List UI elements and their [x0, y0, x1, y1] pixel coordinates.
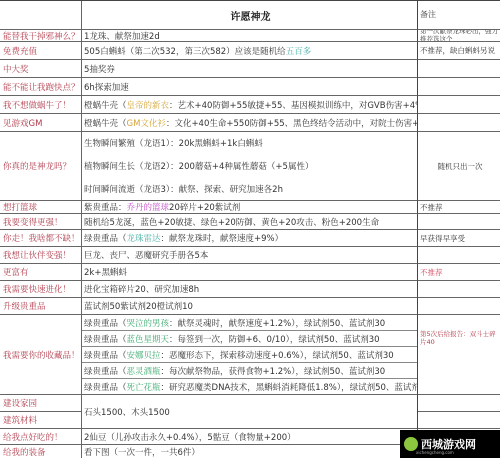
- result-cell: 巨龙、丧尸、恶魔研究手册各5本: [82, 247, 418, 264]
- header-empty-cell: [0, 1, 82, 30]
- result-cell: 橙蜗牛壳（皇帝的新衣：艺术+40防御+55敏捷+55、基因模拟训练中，对GVB伤…: [82, 96, 418, 114]
- table-row: 你走！我啥都不缺！ 绿贵重品（龙珠雷达：献祭龙珠时，献祭速度+9%） 早获得早享…: [0, 230, 500, 247]
- result-text: ：恶魔形态下，探索移动速度+0.6%），绿试剂50、蓝试剂30: [161, 349, 394, 361]
- result-highlight: GM文化衫: [127, 117, 166, 129]
- result-line: 绿贵重品（安娜贝拉：恶魔形态下，探索移动速度+0.6%），绿试剂50、蓝试剂30: [82, 347, 417, 363]
- table-row: 免费充值 505白蝌蚪（第二次532，第三次582）应该是随机给五百多 不推荐，…: [0, 42, 500, 60]
- result-cell: 紫贵重品：乔丹的篮球20碎片+20紫试剂: [82, 201, 418, 214]
- note-cell: [418, 214, 500, 230]
- wish-cell: 中大奖: [0, 60, 82, 78]
- result-text: 橙蜗牛壳（: [84, 99, 127, 111]
- result-cell: 随机给5龙涎，蓝色+20敏捷、绿色+20防御、黄色+20攻击、粉色+200生命: [82, 214, 418, 230]
- wish-cell: 我想让伙伴变强！: [0, 247, 82, 264]
- wish-cell: 我不想做蜗牛了！: [0, 96, 82, 114]
- result-cell: 2仙豆（儿孙攻击永久+0.4%），5骷豆（食物量+200）: [82, 429, 418, 445]
- result-cell: 5抽奖券: [82, 60, 418, 78]
- note-cell: [418, 281, 500, 298]
- result-cell: 505白蝌蚪（第二次532，第三次582）应该是随机给五百多: [82, 42, 418, 60]
- note-cell: [418, 412, 500, 428]
- note-cell: 不推荐: [418, 264, 500, 281]
- result-line: 绿贵重品（蓝色星期天：每签到一次，防御+6、0/10），绿试剂50、蓝试剂30: [82, 331, 417, 347]
- wish-cell: 免费充值: [0, 42, 82, 60]
- result-text: ：每签到一次，防御+6、0/10），绿试剂50、蓝试剂30: [169, 333, 380, 345]
- result-text: 绿贵重品（: [84, 232, 127, 244]
- result-highlight: 哭泣的男孩: [127, 317, 170, 329]
- table-row: 我需要快速进化！ 进化宝箱碎片20、研究加速8h: [0, 281, 500, 298]
- result-highlight: 乔丹的篮球: [127, 201, 170, 213]
- table-title: 许愿神龙: [82, 1, 418, 30]
- result-text: ：艺术+40防御+55敏捷+55、基因模拟训练中，对GVB伤害+4%）: [169, 99, 418, 111]
- note-cell: 第5次后给报告：双斗士碎片40: [418, 315, 500, 395]
- table-row: 我不想做蜗牛了！ 橙蜗牛壳（皇帝的新衣：艺术+40防御+55敏捷+55、基因模拟…: [0, 96, 500, 114]
- table-row: 中大奖 5抽奖券: [0, 60, 500, 78]
- result-cell: 绿贵重品（哭泣的男孩：献祭灵魂时，献祭速度+1.2%），绿试剂50、蓝试剂30 …: [82, 315, 418, 395]
- note-cell: [418, 60, 500, 78]
- wish-cell: 建设家园: [0, 395, 81, 412]
- table-row: 见游戏GM 橙蜗牛壳（GM文化衫：文化+40生命+550防御+55、黑色终结令活…: [0, 114, 500, 132]
- result-text: 绿贵重品（: [84, 381, 127, 393]
- wish-cell: 我需要你的收藏品！: [0, 315, 82, 395]
- note-cell: [418, 78, 500, 96]
- result-text: ：文化+40生命+550防御+55、黑色终结令活动中，对院士伤害+4%）: [166, 117, 418, 129]
- watermark-subtext: xichengcheng.com: [416, 450, 454, 455]
- result-cell: 生物瞬间繁殖（龙语1）：20k黑蝌蚪+1k白蝌蚪 植物瞬间生长（龙语2）：200…: [82, 132, 418, 201]
- result-cell: 绿贵重品（龙珠雷达：献祭龙珠时，献祭速度+9%）: [82, 230, 418, 247]
- result-line: 绿贵重品（恶灵酒瓶：每次献祭物品，获得食物+1.2%），绿试剂50、蓝试剂30: [82, 363, 417, 379]
- note-cell: [418, 247, 500, 264]
- site-watermark: 西城游戏网 xichengcheng.com: [400, 430, 500, 458]
- note-cell: 不推荐: [418, 201, 500, 214]
- result-highlight: 安娜贝拉: [127, 349, 161, 361]
- result-highlight: 恶灵酒瓶: [127, 365, 161, 377]
- result-cell: 蓝试剂50紫试剂20橙试剂10: [82, 298, 418, 315]
- result-cell: 看下图（一次一件，一共6件）: [82, 445, 418, 458]
- wish-cell: 更富有: [0, 264, 82, 281]
- result-text: 505白蝌蚪（第二次532，第三次582）应该是随机给: [84, 45, 286, 57]
- note-cell-group: [418, 395, 500, 429]
- table-row: 我想让伙伴变强！ 巨龙、丧尸、恶魔研究手册各5本: [0, 247, 500, 264]
- result-line: 生物瞬间繁殖（龙语1）：20k黑蝌蚪+1k白蝌蚪: [84, 137, 263, 149]
- result-cell: 石头1500、木头1500: [82, 395, 418, 429]
- table-row-group: 建设家园 建筑材料 石头1500、木头1500: [0, 395, 500, 429]
- result-highlight: 龙珠雷达: [127, 232, 161, 244]
- result-text: ：献祭灵魂时，献祭速度+1.2%），绿试剂50、蓝试剂30: [169, 317, 385, 329]
- note-text: 第5次后给报告：双斗士碎片40: [418, 331, 500, 353]
- result-text: 绿贵重品（: [84, 365, 127, 377]
- result-text: 橙蜗牛壳（: [84, 117, 127, 129]
- result-highlight: 蓝色星期天: [127, 333, 170, 345]
- table-row: 你真的是神龙吗？ 生物瞬间繁殖（龙语1）：20k黑蝌蚪+1k白蝌蚪 植物瞬间生长…: [0, 132, 500, 201]
- note-header: 备注: [418, 1, 500, 30]
- note-cell: [418, 395, 500, 412]
- result-highlight: 死亡花瓶: [127, 381, 161, 393]
- wish-cell: 能不能让我跑快点？: [0, 78, 82, 96]
- result-cell: 橙蜗牛壳（GM文化衫：文化+40生命+550防御+55、黑色终结令活动中，对院士…: [82, 114, 418, 132]
- table-row: 能不能让我跑快点？ 6h探索加速: [0, 78, 500, 96]
- wish-cell: 我要变得更强！: [0, 214, 82, 230]
- result-text: 绿贵重品（: [84, 333, 127, 345]
- result-text: ：研究恶魔类DNA技术，黑蝌蚪消耗降低1.8%），绿试剂50、蓝试剂30: [161, 381, 418, 393]
- result-cell: 1龙珠、献祭加速2d: [82, 30, 418, 42]
- result-text: 绿贵重品（: [84, 317, 127, 329]
- wish-cell: 想打篮球: [0, 201, 82, 214]
- note-cell: [418, 298, 500, 315]
- note-cell: 第一次献祭龙珠必出，强力推荐选这个: [418, 30, 500, 42]
- note-cell: 随机只出一次: [418, 132, 500, 201]
- result-line: 时间瞬间流逝（龙语3）：献祭、探索、研究加速各2h: [84, 183, 283, 195]
- result-line: 绿贵重品（死亡花瓶：研究恶魔类DNA技术，黑蝌蚪消耗降低1.8%），绿试剂50、…: [82, 379, 417, 394]
- site-logo-icon: [404, 437, 418, 451]
- result-highlight: 皇帝的新衣: [127, 99, 170, 111]
- wish-cell: 见游戏GM: [0, 114, 82, 132]
- table-header-row: 许愿神龙 备注: [0, 1, 500, 30]
- wish-cell: 给我点好吃的！: [0, 429, 82, 445]
- result-cell: 6h探索加速: [82, 78, 418, 96]
- table-row: 我需要你的收藏品！ 绿贵重品（哭泣的男孩：献祭灵魂时，献祭速度+1.2%），绿试…: [0, 315, 500, 395]
- result-cell: 2k+黑蝌蚪: [82, 264, 418, 281]
- result-text: 绿贵重品（: [84, 349, 127, 361]
- result-text: 紫贵重品：: [84, 201, 127, 213]
- table-row: 我要变得更强！ 随机给5龙涎，蓝色+20敏捷、绿色+20防御、黄色+20攻击、粉…: [0, 214, 500, 230]
- result-line: 植物瞬间生长（龙语2）：200蘑菇+4种属性蘑菇（+5属性）: [84, 160, 313, 172]
- result-cell: 进化宝箱碎片20、研究加速8h: [82, 281, 418, 298]
- note-cell: [418, 114, 500, 132]
- note-spacer: [418, 315, 500, 331]
- note-cell: 早获得早享受: [418, 230, 500, 247]
- wish-dragon-table: 许愿神龙 备注 能替我干掉邪神么？ 1龙珠、献祭加速2d 第一次献祭龙珠必出，强…: [0, 0, 500, 458]
- note-cell: 不推荐，缺白蝌蚪另说: [418, 42, 500, 60]
- table-row: 想打篮球 紫贵重品：乔丹的篮球20碎片+20紫试剂 不推荐: [0, 201, 500, 214]
- table-row: 更富有 2k+黑蝌蚪 不推荐: [0, 264, 500, 281]
- table-row: 能替我干掉邪神么？ 1龙珠、献祭加速2d 第一次献祭龙珠必出，强力推荐选这个: [0, 30, 500, 42]
- wish-cell: 能替我干掉邪神么？: [0, 30, 82, 42]
- wish-cell: 你走！我啥都不缺！: [0, 230, 82, 247]
- wish-cell: 建筑材料: [0, 412, 81, 428]
- wish-cell: 你真的是神龙吗？: [0, 132, 82, 201]
- table-row: 升级贵重品 蓝试剂50紫试剂20橙试剂10: [0, 298, 500, 315]
- wish-cell: 升级贵重品: [0, 298, 82, 315]
- wish-cell: 给我的装备: [0, 445, 82, 458]
- wish-cell-group: 建设家园 建筑材料: [0, 395, 82, 429]
- result-line: 绿贵重品（哭泣的男孩：献祭灵魂时，献祭速度+1.2%），绿试剂50、蓝试剂30: [82, 315, 417, 331]
- result-text: 20碎片+20紫试剂: [169, 201, 240, 213]
- note-cell: [418, 96, 500, 114]
- result-highlight: 五百多: [286, 45, 312, 57]
- result-text: ：每次献祭物品，获得食物+1.2%），绿试剂50、蓝试剂30: [161, 365, 386, 377]
- wish-cell: 我需要快速进化！: [0, 281, 82, 298]
- result-text: ：献祭龙珠时，献祭速度+9%）: [161, 232, 284, 244]
